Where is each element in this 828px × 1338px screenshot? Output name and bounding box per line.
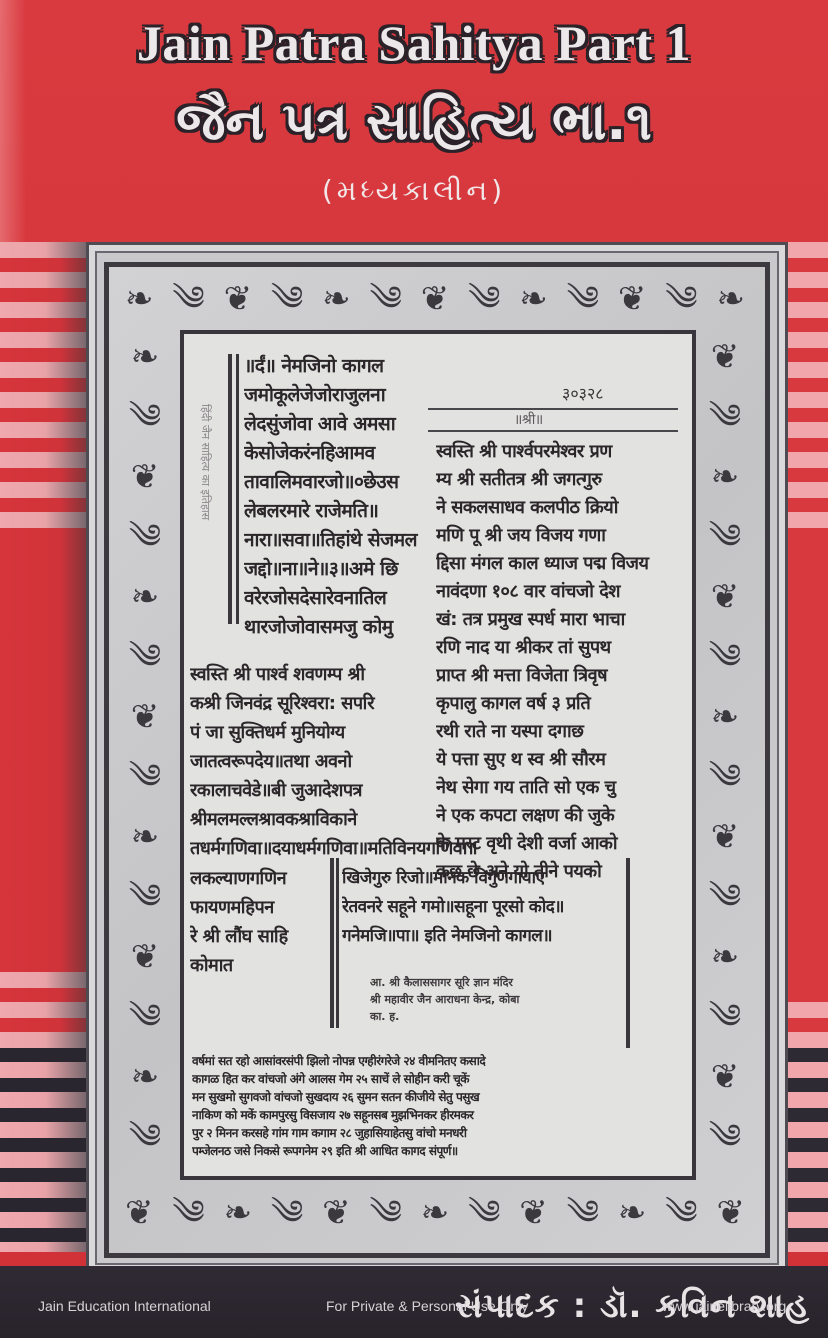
floral-vine-top-icon: ❧ ༄ ❦ ༄ ❧ ༄ ❦ ༄ ❧ ༄ ❦ ༄ ❧ ༄ ❦ ༄ xyxy=(125,273,745,325)
manuscript-block-lower-left-2: लकल्याणगणिन फायणमहिपन रे श्री लौंघ साहि … xyxy=(190,864,330,980)
floral-vine-left-icon: ❧ ༄ ❦ ༄ ❧ ༄ ❦ ༄ ❧ ༄ ❦ ༄ ❧ ༄ xyxy=(121,327,173,1187)
website-link[interactable]: www.jainelibrary.org xyxy=(662,1298,786,1314)
floral-vine-right-icon: ❦ ༄ ❧ ༄ ❦ ༄ ❧ ༄ ❦ ༄ ❧ ༄ ❦ ༄ xyxy=(701,327,753,1187)
manuscript-block-right: स्वस्ति श्री पार्श्वपरमेश्वर प्रण म्य श्… xyxy=(436,438,682,886)
book-cover: Jain Patra Sahitya Part 1 જૈન પત્ર સાહિત… xyxy=(0,0,828,1338)
accession-number: ३०३२८ xyxy=(562,382,604,404)
manuscript-line-wide: तधर्मगणिवा॥दयाधर्मगणिवा॥मतिविनयगणिवा॥ xyxy=(190,834,610,863)
left-stripe-band xyxy=(0,242,100,1252)
usage-note-watermark: For Private & Personal Use Only xyxy=(326,1298,528,1314)
publisher-watermark: Jain Education International xyxy=(38,1298,211,1314)
manuscript-block-bottom: वर्षमां सत रहो आसांवरसंपी झिलो नोपन्न एग… xyxy=(192,1052,682,1160)
title-english: Jain Patra Sahitya Part 1 xyxy=(0,14,828,72)
manuscript-block-lower-left: स्वस्ति श्री पार्श्व शवणम्प श्री कश्री ज… xyxy=(190,660,440,834)
subtitle: (મધ્યકાલીન) xyxy=(0,174,828,208)
manuscript-block-left: ॥र्दं॥ नेमजिनो कागल जमोकूलेजेजोराजुलना ल… xyxy=(244,352,444,642)
spine-note: हिंदी जैन साहित्य का इतिहास xyxy=(197,404,214,520)
manuscript-block-lower-right: खिजेगुरु रिजो॥मानक विगुणगायाए रेतवनरे सह… xyxy=(342,864,624,951)
header-mark: ॥श्री॥ xyxy=(514,406,543,435)
library-stamp: आ. श्री कैलाससागर सूरि ज्ञान मंदिर श्री … xyxy=(370,974,519,1025)
title-gujarati: જૈન પત્ર સાહિત્ય ભા.૧ xyxy=(0,92,828,153)
floral-vine-bottom-icon: ❦ ༄ ❧ ༄ ❦ ༄ ❧ ༄ ❦ ༄ ❧ ༄ ❦ ༄ ❧ ༄ xyxy=(125,1187,745,1239)
manuscript-image: हिंदी जैन साहित्य का इतिहास ३०३२८ ॥श्री॥… xyxy=(180,330,696,1180)
